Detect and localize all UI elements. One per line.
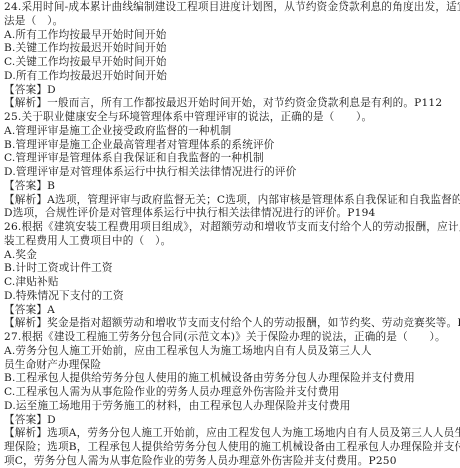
question-27: 27.根据《建设工程施工劳务分包合同(示范文本)》关于保险办理的说法，正确的是（…: [4, 331, 460, 468]
question-25: 25.关于职业健康安全与环境管理体系中管理评审的说法，正确的是（ ）。 A.管理…: [4, 111, 460, 221]
document-body: 24.采用时间-成本累计曲线编制建设工程项目进度计划图，从节约资金贷款利息的角度…: [0, 0, 460, 468]
answer-line: 【答案】D: [4, 414, 460, 428]
option-a: A.劳务分包人施工开始前，应由工程承包人为施工场地内自有人员及第三人人: [4, 345, 460, 359]
question-stem: 25.关于职业健康安全与环境管理体系中管理评审的说法，正确的是（ ）。: [4, 111, 460, 125]
analysis-line: 理保险；选项B，工程承包人提供给劳务分包人使用的施工机械设备由工程承包人办理保险…: [4, 441, 460, 455]
analysis-line: 【解析】A选项，管理评审与政府监督无关；C选项，内部审核是管理体系自我保证和自我…: [4, 194, 460, 208]
analysis-line: 项C，劳务分包人需为从事危险作业的劳务人员办理意外伤害险并支付费用。P250: [4, 455, 460, 468]
option-d: D.特殊情况下支付的工资: [4, 290, 460, 304]
question-stem: 26.根据《建筑安装工程费用项目组成》，对超额劳动和增收节支而支付给个人的劳动报…: [4, 221, 460, 235]
option-c: C.津贴补贴: [4, 276, 460, 290]
option-c: C.管理评审是管理体系自我保证和自我监督的一种机制: [4, 152, 460, 166]
option-d: D.所有工作均按最迟开始时间开始: [4, 70, 460, 84]
question-stem: 法是（ ）。: [4, 15, 460, 29]
answer-line: 【答案】A: [4, 304, 460, 318]
option-d: D.运至施工场地用于劳务施工的材料，由工程承包人办理保险并支付费用: [4, 400, 460, 414]
answer-line: 【答案】B: [4, 180, 460, 194]
option-b: B.工程承包人提供给劳务分包人使用的施工机械设备由劳务分包人办理保险并支付费用: [4, 372, 460, 386]
question-stem: 24.采用时间-成本累计曲线编制建设工程项目进度计划图，从节约资金贷款利息的角度…: [4, 1, 460, 15]
option-c: C.工程承包人需为从事危险作业的劳务人员办理意外伤害险并支付费用: [4, 386, 460, 400]
option-d: D.管理评审是对管理体系运行中执行相关法律情况进行的评价: [4, 166, 460, 180]
option-b: B.关键工作均按最迟开始时间开始: [4, 42, 460, 56]
question-26: 26.根据《建筑安装工程费用项目组成》，对超额劳动和增收节支而支付给个人的劳动报…: [4, 221, 460, 331]
analysis-line: 【解析】奖金是指对超额劳动和增收节支而支付给个人的劳动报酬，如节约奖、劳动竞赛奖…: [4, 317, 460, 331]
analysis-line: D选项，合规性评价是对管理体系运行中执行相关法律情况进行的评价。P194: [4, 207, 460, 221]
option-b: B.计时工资或计件工资: [4, 262, 460, 276]
option-a: A.奖金: [4, 249, 460, 263]
option-b: B.管理评审是施工企业最高管理者对管理体系的系统评价: [4, 139, 460, 153]
option-c: C.关键工作均按最早开始时间开始: [4, 56, 460, 70]
question-stem: 27.根据《建设工程施工劳务分包合同(示范文本)》关于保险办理的说法，正确的是（…: [4, 331, 460, 345]
answer-line: 【答案】D: [4, 84, 460, 98]
analysis-line: 【解析】一般而言，所有工作都按最迟开始时间开始，对节约资金贷款利息是有利的。P1…: [4, 97, 460, 111]
question-stem: 装工程费用人工费项目中的（ ）。: [4, 235, 460, 249]
question-24: 24.采用时间-成本累计曲线编制建设工程项目进度计划图，从节约资金贷款利息的角度…: [4, 1, 460, 111]
analysis-line: 【解析】选项A，劳务分包人施工开始前，应由工程发包人为施工场地内自有人员及第三人…: [4, 427, 460, 441]
option-a-continued: 员生命财产办理保险: [4, 359, 460, 373]
option-a: A.管理评审是施工企业接受政府监督的一种机制: [4, 125, 460, 139]
option-a: A.所有工作均按最早开始时间开始: [4, 29, 460, 43]
